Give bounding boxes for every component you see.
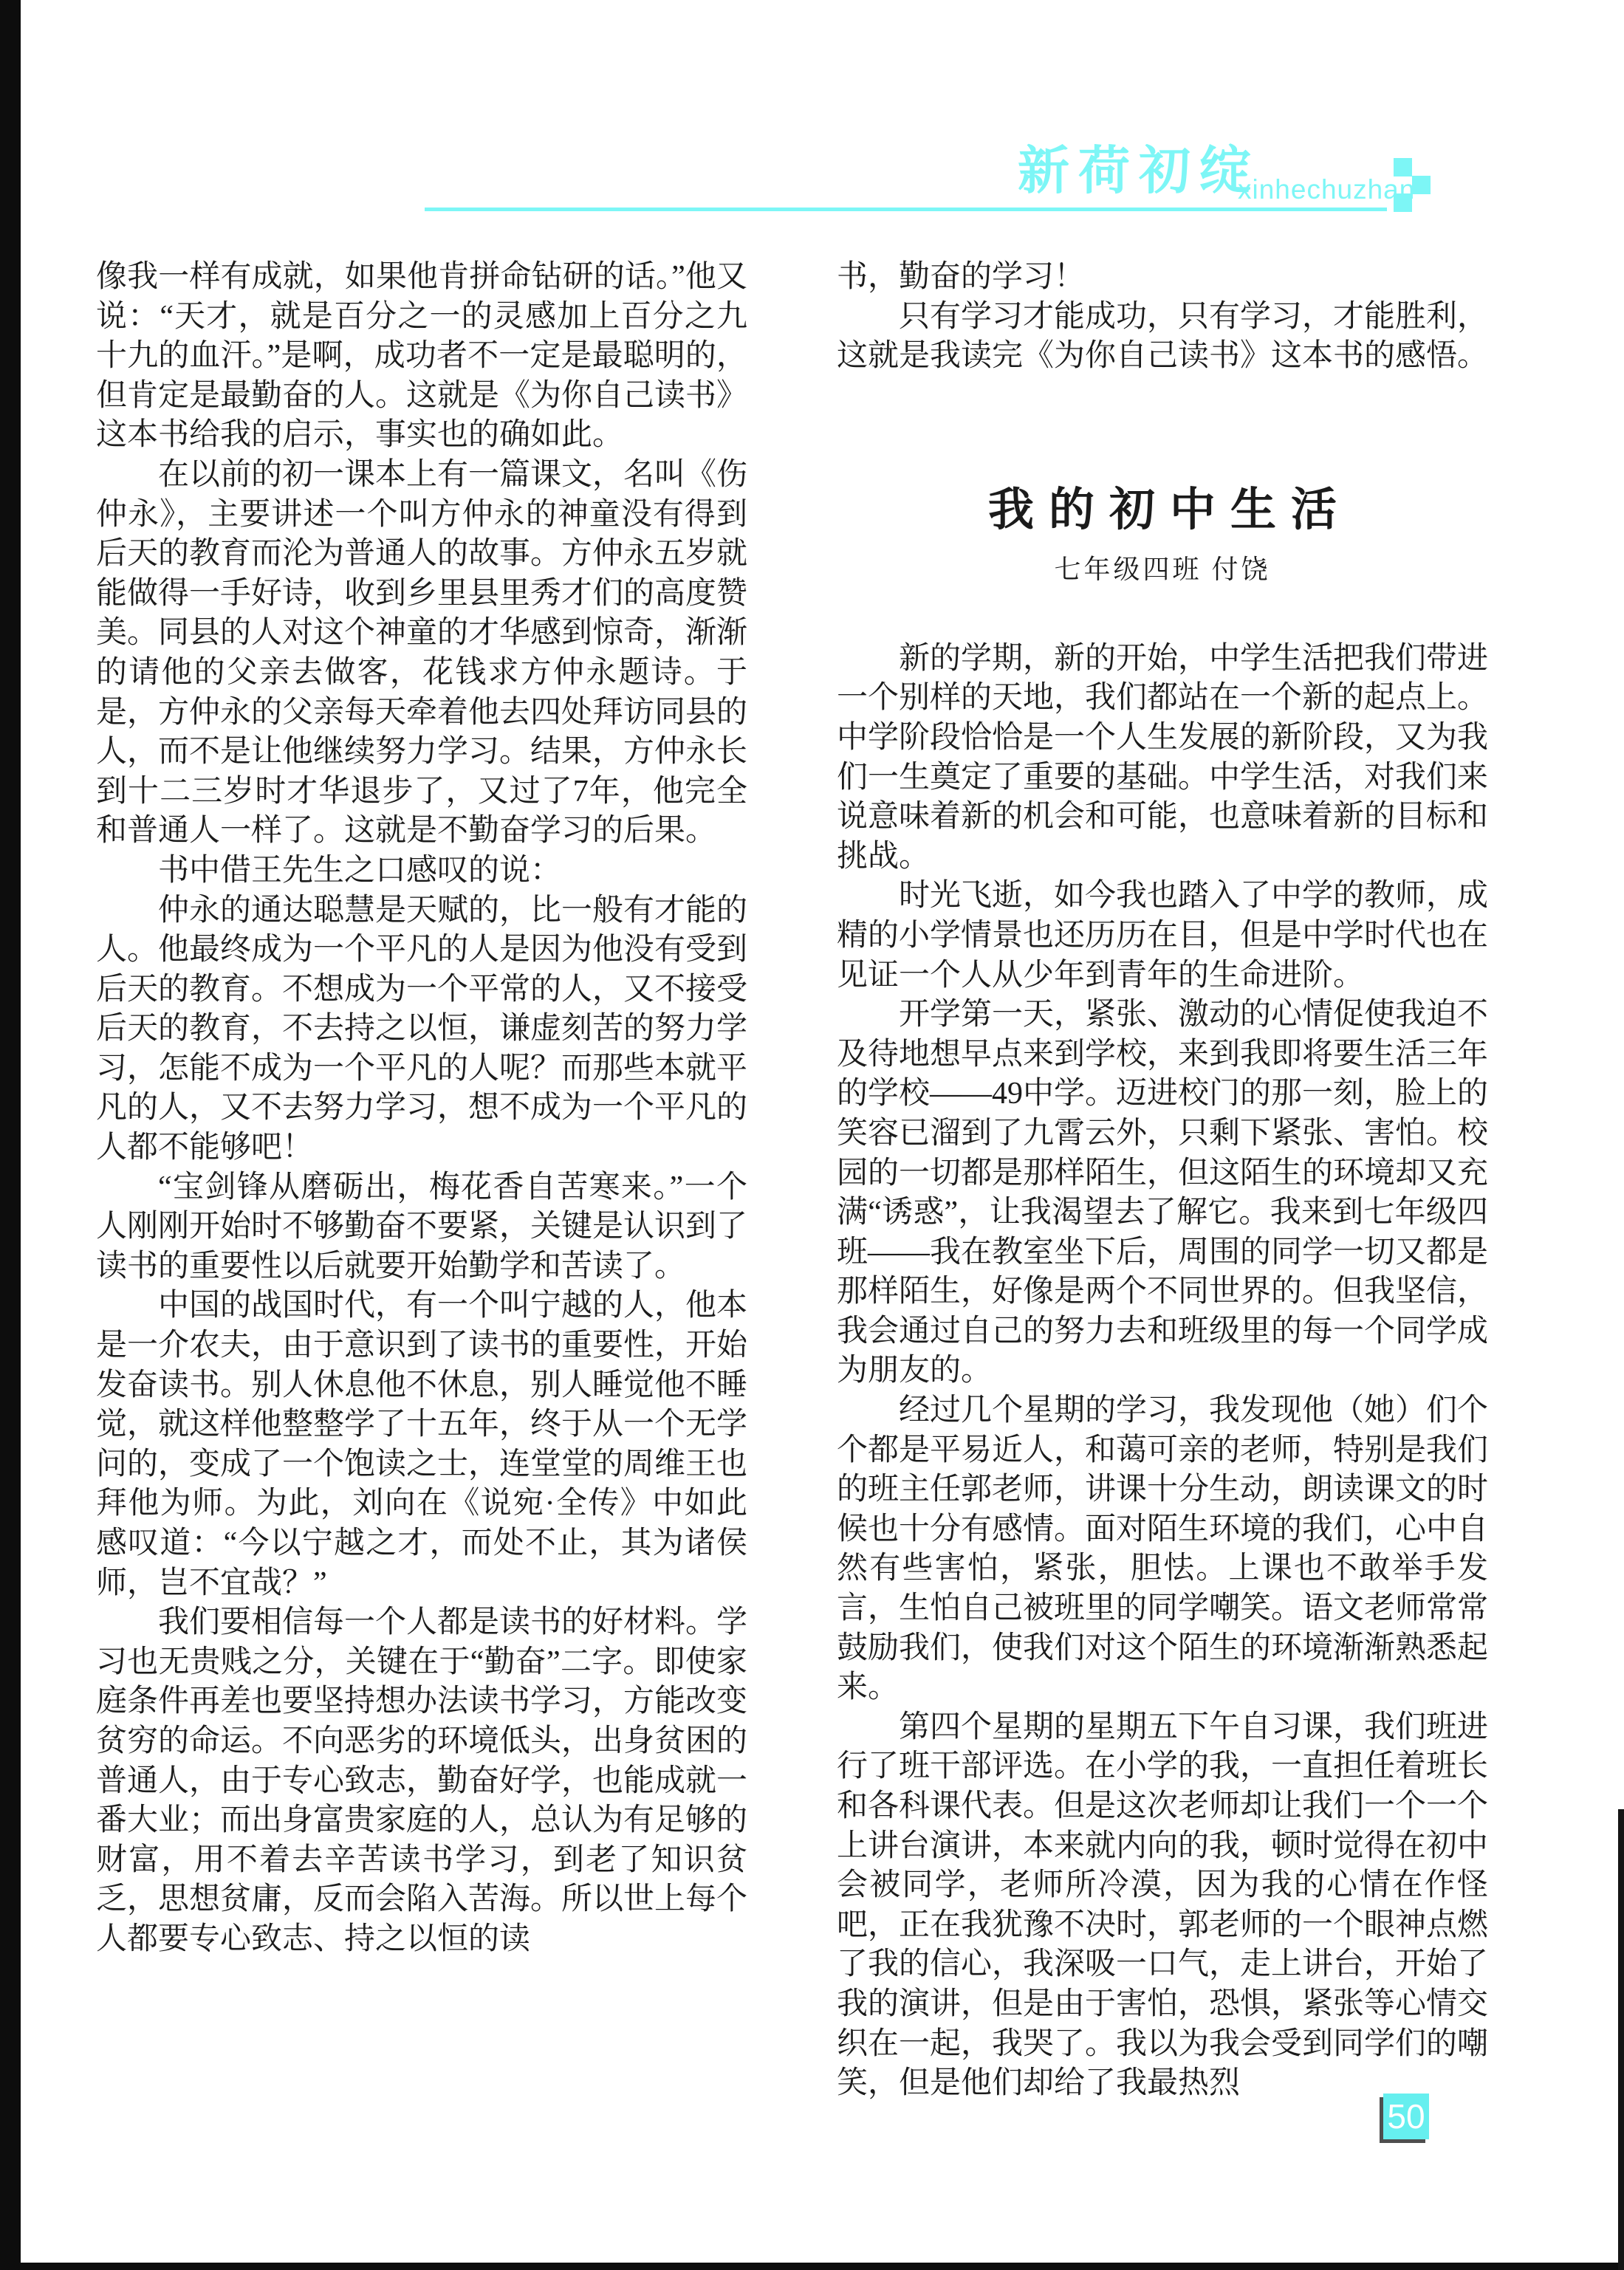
- paragraph: 时光飞逝，如今我也踏入了中学的教师，成精的小学情景也还历历在目，但是中学时代也在…: [837, 877, 1488, 995]
- page-number: 50: [1387, 2096, 1425, 2136]
- paragraph: 像我一样有成就，如果他肯拼命钻研的话。”他又说：“天才，就是百分之一的灵感加上百…: [96, 258, 747, 456]
- paragraph: 新的学期，新的开始，中学生活把我们带进一个别样的天地，我们都站在一个新的起点上。…: [837, 639, 1488, 877]
- paragraph: 在以前的初一课本上有一篇课文，名叫《伤仲永》，主要讲述一个叫方仲永的神童没有得到…: [96, 456, 747, 851]
- left-column: 像我一样有成就，如果他肯拼命钻研的话。”他又说：“天才，就是百分之一的灵感加上百…: [96, 258, 747, 1960]
- paragraph: 开学第一天，紧张、激动的心情促使我迫不及待地想早点来到学校，来到我即将要生活三年…: [837, 995, 1488, 1391]
- magazine-page: 新荷初绽 xinhechuzhan 像我一样有成就，如果他肯拼命钻研的话。”他又…: [0, 0, 1624, 2270]
- section-header-chinese: 新荷初绽: [1018, 146, 1260, 198]
- page-left-edge: [0, 0, 21, 2270]
- header-rule: [425, 208, 1387, 211]
- article-byline: 七年级四班 付饶: [837, 551, 1488, 588]
- paragraph: 第四个星期的星期五下午自习课，我们班进行了班干部评选。在小学的我，一直担任着班长…: [837, 1708, 1488, 2104]
- paragraph: 只有学习才能成功，只有学习，才能胜利，这就是我读完《为你自己读书》这本书的感悟。: [837, 298, 1488, 377]
- page-right-edge: [1618, 1809, 1624, 2270]
- paragraph: 书中借王先生之口感叹的说：: [96, 851, 747, 891]
- paragraph: 我们要相信每一个人都是读书的好材料。学习也无贵贱之分，关键在于“勤奋”二字。即使…: [96, 1603, 747, 1959]
- paragraph: 书，勤奋的学习！: [837, 258, 1488, 298]
- section-header-pinyin: xinhechuzhan: [1238, 176, 1415, 203]
- header-deco-square-bottom: [1394, 193, 1412, 212]
- article-title: 我的初中生活: [837, 484, 1488, 536]
- page-number-badge: 50: [1383, 2094, 1429, 2139]
- article-body: 新的学期，新的开始，中学生活把我们带进一个别样的天地，我们都站在一个新的起点上。…: [837, 639, 1488, 2104]
- paragraph: 经过几个星期的学习，我发现他（她）们个个都是平易近人，和蔼可亲的老师，特别是我们…: [837, 1391, 1488, 1708]
- right-column: 书，勤奋的学习！只有学习才能成功，只有学习，才能胜利，这就是我读完《为你自己读书…: [837, 258, 1488, 2104]
- paragraph: 中国的战国时代，有一个叫宁越的人，他本是一介农夫，由于意识到了读书的重要性，开始…: [96, 1286, 747, 1603]
- header-deco-square-top: [1394, 158, 1412, 176]
- header-deco-square-middle: [1412, 176, 1431, 194]
- paragraph: “宝剑锋从磨砺出，梅花香自苦寒来。”一个人刚刚开始时不够勤奋不要紧，关键是认识到…: [96, 1168, 747, 1287]
- paragraph: 仲永的通达聪慧是天赋的，比一般有才能的人。他最终成为一个平凡的人是因为他没有受到…: [96, 891, 747, 1168]
- page-bottom-edge: [0, 2263, 1624, 2270]
- essay-continuation: 书，勤奋的学习！只有学习才能成功，只有学习，才能胜利，这就是我读完《为你自己读书…: [837, 258, 1488, 377]
